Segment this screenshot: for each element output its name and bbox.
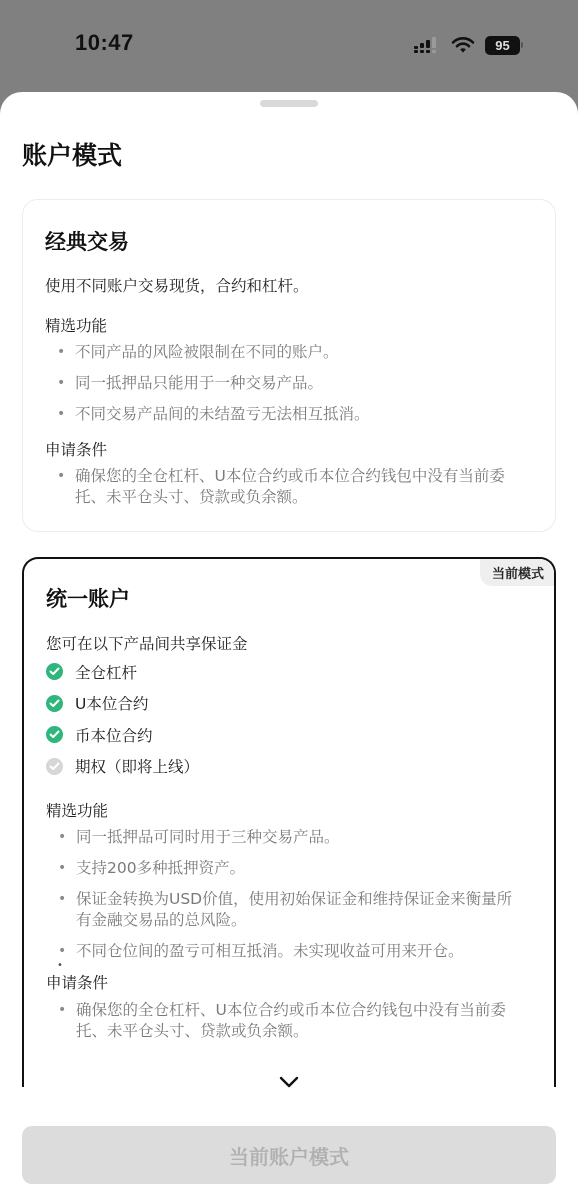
unified-mode-card[interactable]: 当前模式 统一账户 您可在以下产品间共享保证金 全仓杠杆 U本位合约 币本位合约 [22,557,556,1087]
wifi-icon [451,36,475,54]
product-item-usdm-futures: U本位合约 [46,688,199,720]
sheet-title: 账户模式 [22,136,122,172]
account-mode-sheet: 账户模式 经典交易 使用不同账户交易现货，合约和杠杆。 精选功能 •不同产品的风… [0,92,578,1200]
unified-requirements-label: 申请条件 [46,971,108,993]
bullet-dot-icon: • [58,858,66,879]
list-item: •同一抵押品只能用于一种交易产品。 [45,373,525,394]
bullet-dot-icon: • [58,827,66,848]
bullet-dot-icon: • [57,466,65,487]
list-item: •保证金转换为USD价值，使用初始保证金和维持保证金来衡量所有金融交易品的总风险… [46,889,526,931]
list-item: •不同交易产品间的未结盈亏无法相互抵消。 [45,404,525,425]
sheet-grabber-handle[interactable] [260,100,318,107]
signal-icon [413,36,441,54]
status-bar: 10:47 95 [0,0,578,92]
empty-bullet-dot-icon: • [57,960,63,971]
bullet-dot-icon: • [58,889,66,910]
bullet-dot-icon: • [57,373,65,394]
bullet-dot-icon: • [57,342,65,363]
product-item-options: 期权（即将上线） [46,751,199,783]
status-icons: 95 [413,34,525,56]
bullet-dot-icon: • [58,1000,66,1021]
bullet-dot-icon: • [58,941,66,962]
check-circle-icon [46,663,63,680]
shared-margin-products-list: 全仓杠杆 U本位合约 币本位合约 期权（即将上线） [46,656,199,782]
status-time: 10:47 [75,30,134,56]
classic-mode-title: 经典交易 [45,226,129,256]
classic-requirements-label: 申请条件 [45,438,107,460]
check-circle-disabled-icon [46,758,63,775]
chevron-down-icon[interactable] [278,1075,300,1089]
classic-features-list: •不同产品的风险被限制在不同的账户。 •同一抵押品只能用于一种交易产品。 •不同… [45,342,525,435]
list-item: •确保您的全仓杠杆、U本位合约或币本位合约钱包中没有当前委托、未平仓头寸、贷款或… [46,1000,526,1042]
battery-tip [521,42,523,48]
product-item-coinm-futures: 币本位合约 [46,719,199,751]
list-item: •不同产品的风险被限制在不同的账户。 [45,342,525,363]
unified-features-label: 精选功能 [46,799,108,821]
unified-features-list: •同一抵押品可同时用于三种交易产品。 •支持200多种抵押资产。 •保证金转换为… [46,827,526,972]
check-circle-icon [46,695,63,712]
current-account-mode-button[interactable]: 当前账户模式 [22,1126,556,1184]
bullet-dot-icon: • [57,404,65,425]
unified-mode-description: 您可在以下产品间共享保证金 [46,632,248,654]
list-item: •不同仓位间的盈亏可相互抵消。未实现收益可用来开仓。 [46,941,526,962]
battery-icon: 95 [485,35,525,55]
product-item-cross-margin: 全仓杠杆 [46,656,199,688]
list-item: •支持200多种抵押资产。 [46,858,526,879]
list-item: •同一抵押品可同时用于三种交易产品。 [46,827,526,848]
classic-requirements-list: •确保您的全仓杠杆、U本位合约或币本位合约钱包中没有当前委托、未平仓头寸、贷款或… [45,466,525,518]
classic-mode-description: 使用不同账户交易现货，合约和杠杆。 [45,274,309,296]
unified-mode-title: 统一账户 [46,583,130,613]
classic-features-label: 精选功能 [45,314,107,336]
classic-mode-card[interactable]: 经典交易 使用不同账户交易现货，合约和杠杆。 精选功能 •不同产品的风险被限制在… [22,199,556,532]
check-circle-icon [46,726,63,743]
current-mode-badge: 当前模式 [480,559,554,586]
list-item: •确保您的全仓杠杆、U本位合约或币本位合约钱包中没有当前委托、未平仓头寸、贷款或… [45,466,525,508]
unified-requirements-list: •确保您的全仓杠杆、U本位合约或币本位合约钱包中没有当前委托、未平仓头寸、贷款或… [46,1000,526,1052]
battery-level: 95 [485,36,520,55]
